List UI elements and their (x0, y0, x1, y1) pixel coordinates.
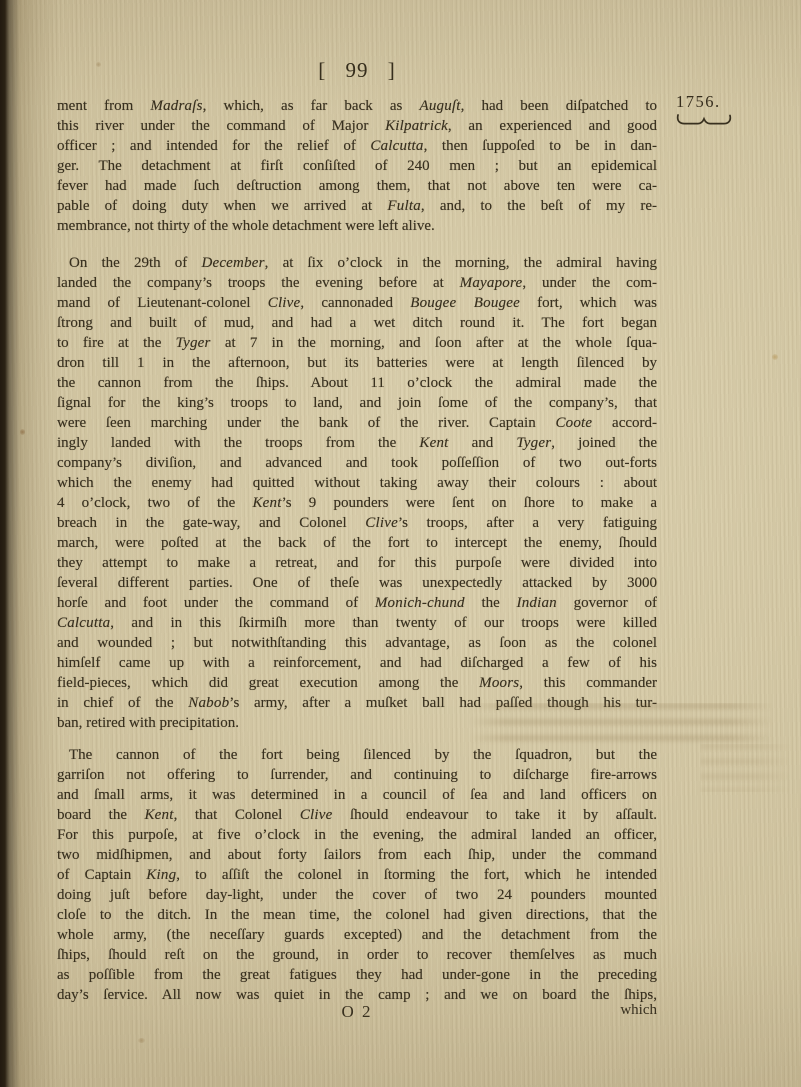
text-line: and wounded ; but notwithſtanding this a… (57, 633, 657, 653)
signature-mark: O 2 (57, 1002, 657, 1022)
text-line: company’s diviſion, and advanced and too… (57, 453, 657, 473)
text-line: himſelf came up with a reinforcement, an… (57, 653, 657, 673)
page-footer: O 2 which (57, 1002, 657, 1024)
text-line: and ſmall arms, it was determined in a c… (57, 785, 657, 805)
text-line: of Captain King, to aſſiſt the colonel i… (57, 865, 657, 885)
text-line: doing juſt before day-light, under the c… (57, 885, 657, 905)
text-line: pable of doing duty when we arrived at F… (57, 196, 657, 216)
text-line: horſe and foot under the command of Moni… (57, 593, 657, 613)
text-line: ger. The detachment at firſt conſiſted o… (57, 156, 657, 176)
text-line: ban, retired with precipitation. (57, 713, 657, 733)
ink-bleed-through (700, 744, 792, 792)
year-underline-swash (676, 113, 732, 127)
text-line: the cannon from the ſhips. About 11 o’cl… (57, 373, 657, 393)
text-line: Calcutta, and in this ſkirmiſh more than… (57, 613, 657, 633)
book-page: [ 99 ] 1756. ment from Madraſs, which, a… (0, 0, 801, 1087)
text-line: ingly landed with the troops from the Ke… (57, 433, 657, 453)
text-line: 4 o’clock, two of the Kent’s 9 pounders … (57, 493, 657, 513)
text-line: march, were poſted at the back of the fo… (57, 533, 657, 553)
foxing-speck (20, 429, 25, 435)
text-line: For this purpoſe, at five o’clock in the… (57, 825, 657, 845)
text-line: dron till 1 in the afternoon, but its ba… (57, 353, 657, 373)
text-line: officer ; and intended for the relief of… (57, 136, 657, 156)
text-line: membrance, not thirty of the whole detac… (57, 216, 657, 236)
paragraph: The cannon of the fort being ſilenced by… (57, 745, 657, 1005)
text-line: The cannon of the fort being ſilenced by… (57, 745, 657, 765)
text-line: ment from Madraſs, which, as far back as… (57, 96, 657, 116)
text-line: ſtrong and built of mud, and had a wet d… (57, 313, 657, 333)
margin-year: 1756. (676, 92, 721, 111)
text-line: to fire at the Tyger at 7 in the morning… (57, 333, 657, 353)
text-line: mand of Lieutenant-colonel Clive, cannon… (57, 293, 657, 313)
text-line: were ſeen marching under the bank of the… (57, 413, 657, 433)
text-line: they attempt to make a retreat, and for … (57, 553, 657, 573)
text-line: which the enemy had quitted without taki… (57, 473, 657, 493)
text-line: ſignal for the king’s troops to land, an… (57, 393, 657, 413)
text-line: landed the company’s troops the evening … (57, 273, 657, 293)
text-line: field-pieces, which did great execution … (57, 673, 657, 693)
text-line: two midſhipmen, and about forty ſailors … (57, 845, 657, 865)
catchword: which (620, 1002, 657, 1019)
page-number: [ 99 ] (57, 56, 657, 84)
page-gutter-shadow (0, 0, 60, 1087)
text-line: garriſon not offering to ſurrender, and … (57, 765, 657, 785)
foxing-speck (772, 354, 778, 360)
text-line: ſeveral different parties. One of theſe … (57, 573, 657, 593)
text-line: breach in the gate-way, and Colonel Cliv… (57, 513, 657, 533)
body-text: ment from Madraſs, which, as far back as… (57, 96, 657, 1005)
text-line: fever had made ſuch deſtruction among th… (57, 176, 657, 196)
foxing-speck (138, 1038, 145, 1043)
text-line: in chief of the Nabob’s army, after a mu… (57, 693, 657, 713)
paragraph: ment from Madraſs, which, as far back as… (57, 96, 657, 236)
text-line: whole army, (the neceſſary guards except… (57, 925, 657, 945)
text-line: ſhips, ſhould reſt on the ground, in ord… (57, 945, 657, 965)
margin-year-note: 1756. (676, 92, 746, 127)
text-line: board the Kent, that Colonel Clive ſhoul… (57, 805, 657, 825)
paragraph: On the 29th of December, at ſix o’clock … (57, 253, 657, 733)
text-line: cloſe to the ditch. In the mean time, th… (57, 905, 657, 925)
text-line: On the 29th of December, at ſix o’clock … (57, 253, 657, 273)
text-line: this river under the command of Major Ki… (57, 116, 657, 136)
text-line: as poſſible from the great fatigues they… (57, 965, 657, 985)
